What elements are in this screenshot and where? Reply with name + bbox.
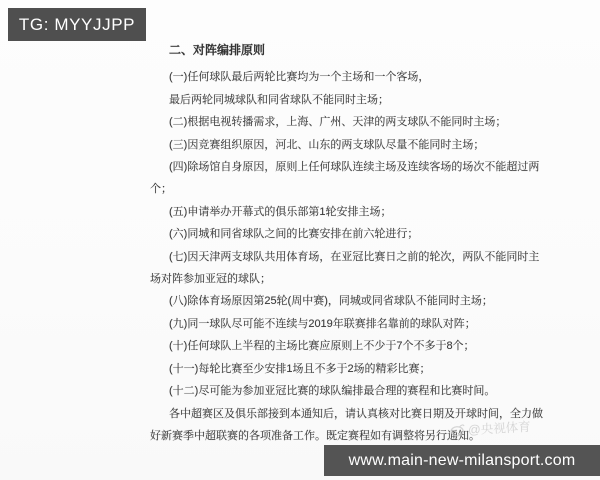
doc-paragraph: (十二)尽可能为参加亚冠比赛的球队编排最合理的赛程和比赛时间。: [150, 380, 550, 402]
site-url-label: www.main-new-milansport.com: [349, 452, 576, 470]
tg-contact-label: TG: MYYJJPP: [19, 15, 135, 35]
doc-paragraph: (四)除场馆自身原因，原则上任何球队连续主场及连续客场的场次不能超过两个；: [150, 156, 550, 201]
doc-paragraph: (二)根据电视转播需求，上海、广州、天津的两支球队不能同时主场；: [150, 111, 550, 133]
document-title: 二、对阵编排原则: [150, 39, 550, 61]
cctv-sports-logo-icon: [450, 423, 466, 437]
tg-contact-badge: TG: MYYJJPP: [8, 8, 146, 41]
doc-paragraph: (一)任何球队最后两轮比赛均为一个主场和一个客场，: [150, 66, 550, 88]
document-panel: 二、对阵编排原则 (一)任何球队最后两轮比赛均为一个主场和一个客场， 最后两轮同…: [150, 39, 550, 447]
weibo-watermark-label: @央视体育: [468, 417, 532, 438]
doc-paragraph: 最后两轮同城球队和同省球队不能同时主场；: [150, 89, 550, 111]
doc-paragraph: (十一)每轮比赛至少安排1场且不多于2场的精彩比赛；: [150, 358, 550, 380]
doc-paragraph: (十)任何球队上半程的主场比赛应原则上不少于7个不多于8个；: [150, 335, 550, 357]
doc-paragraph: (三)因竞赛组织原因，河北、山东的两支球队尽量不能同时主场；: [150, 134, 550, 156]
site-url-banner: www.main-new-milansport.com: [324, 445, 600, 476]
screenshot-root: TG: MYYJJPP 二、对阵编排原则 (一)任何球队最后两轮比赛均为一个主场…: [0, 0, 600, 480]
doc-paragraph: (七)因天津两支球队共用体育场，在亚冠比赛日之前的轮次，两队不能同时主场对阵参加…: [150, 246, 550, 291]
doc-paragraph: (八)除体育场原因第25轮(周中赛)，同城或同省球队不能同时主场；: [150, 290, 550, 312]
doc-paragraph: (六)同城和同省球队之间的比赛安排在前六轮进行；: [150, 223, 550, 245]
doc-paragraph: (五)申请举办开幕式的俱乐部第1轮安排主场；: [150, 201, 550, 223]
doc-paragraph: (九)同一球队尽可能不连续与2019年联赛排名靠前的球队对阵；: [150, 313, 550, 335]
